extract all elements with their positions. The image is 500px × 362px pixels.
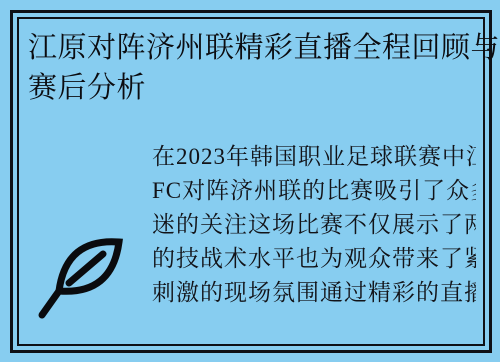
page-title-line-2: 赛后分析 bbox=[28, 68, 476, 108]
body-line: 的技战术水平也为观众带来了紧张 bbox=[152, 242, 476, 276]
leaf-icon bbox=[36, 237, 124, 321]
page-title: 江原对阵济州联精彩直播全程回顾与 赛后分析 bbox=[28, 28, 476, 108]
leaf-stem bbox=[42, 291, 59, 315]
page-title-line-1: 江原对阵济州联精彩直播全程回顾与 bbox=[28, 28, 476, 68]
body-line: FC对阵济州联的比赛吸引了众多球 bbox=[152, 174, 476, 208]
body-line: 在2023年韩国职业足球联赛中江原 bbox=[152, 140, 476, 174]
article-body: 在2023年韩国职业足球联赛中江原 FC对阵济州联的比赛吸引了众多球 迷的关注这… bbox=[152, 140, 476, 310]
body-line: 刺激的现场氛围通过精彩的直播回 bbox=[152, 276, 476, 310]
body-line: 迷的关注这场比赛不仅展示了两队 bbox=[152, 208, 476, 242]
